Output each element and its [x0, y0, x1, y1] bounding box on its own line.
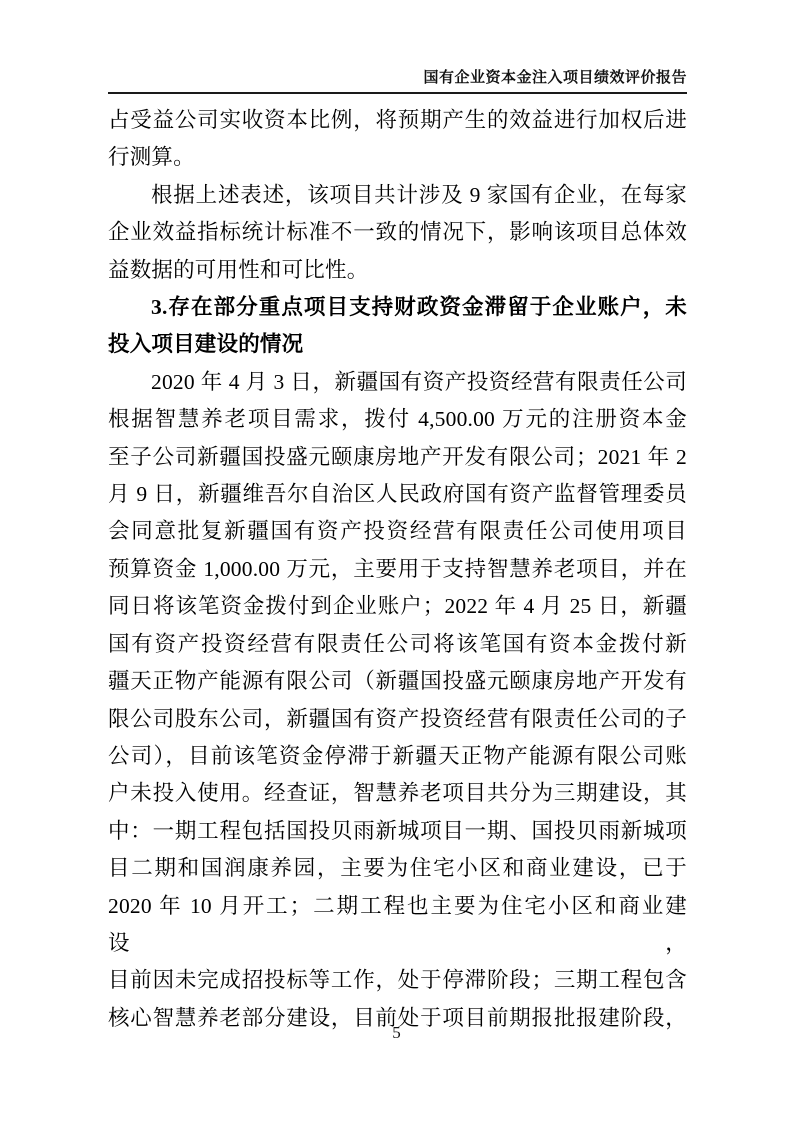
text-line: 益数据的可用性和可比性。 — [108, 252, 687, 289]
header-title: 国有企业资本金注入项目绩效评价报告 — [108, 68, 687, 87]
page-number: 5 — [392, 1023, 401, 1042]
text-line: 会同意批复新疆国有资产投资经营有限责任公司使用项目 — [108, 513, 687, 550]
text-line: 中：一期工程包括国投贝雨新城项目一期、国投贝雨新城项 — [108, 813, 687, 850]
text-line: 根据上述表述，该项目共计涉及 9 家国有企业，在每家 — [108, 177, 687, 214]
heading-line: 投入项目建设的情况 — [108, 326, 687, 363]
document-body: 占受益公司实收资本比例，将预期产生的效益进行加权后进行测算。根据上述表述，该项目… — [108, 102, 687, 1037]
text-line: 预算资金 1,000.00 万元，主要用于支持智慧养老项目，并在 — [108, 551, 687, 588]
text-line: 目二期和国润康养园，主要为住宅小区和商业建设，已于 — [108, 850, 687, 887]
text-line: 目前因未完成招投标等工作，处于停滞阶段；三期工程包含 — [108, 962, 687, 999]
text-line: 至子公司新疆国投盛元颐康房地产开发有限公司；2021 年 2 — [108, 439, 687, 476]
page-header: 国有企业资本金注入项目绩效评价报告 — [108, 68, 687, 94]
heading-line: 3.存在部分重点项目支持财政资金滞留于企业账户，未 — [108, 289, 687, 326]
text-line: 行测算。 — [108, 139, 687, 176]
document-page: 国有企业资本金注入项目绩效评价报告 占受益公司实收资本比例，将预期产生的效益进行… — [0, 0, 793, 1122]
text-line: 2020 年 4 月 3 日，新疆国有资产投资经营有限责任公司 — [108, 364, 687, 401]
text-line: 公司），目前该笔资金停滞于新疆天正物产能源有限公司账 — [108, 738, 687, 775]
text-line: 月 9 日，新疆维吾尔自治区人民政府国有资产监督管理委员 — [108, 476, 687, 513]
text-line: 户未投入使用。经查证，智慧养老项目共分为三期建设，其 — [108, 775, 687, 812]
text-line: 占受益公司实收资本比例，将预期产生的效益进行加权后进 — [108, 102, 687, 139]
text-line: 2020 年 10 月开工；二期工程也主要为住宅小区和商业建设， — [108, 888, 687, 963]
text-line: 企业效益指标统计标准不一致的情况下，影响该项目总体效 — [108, 214, 687, 251]
header-divider — [108, 92, 687, 94]
page-footer: 5 — [0, 1022, 793, 1044]
text-line: 同日将该笔资金拨付到企业账户；2022 年 4 月 25 日，新疆 — [108, 588, 687, 625]
text-line: 根据智慧养老项目需求，拨付 4,500.00 万元的注册资本金 — [108, 401, 687, 438]
text-line: 国有资产投资经营有限责任公司将该笔国有资本金拨付新 — [108, 626, 687, 663]
text-line: 限公司股东公司，新疆国有资产投资经营有限责任公司的子 — [108, 701, 687, 738]
text-line: 疆天正物产能源有限公司（新疆国投盛元颐康房地产开发有 — [108, 663, 687, 700]
